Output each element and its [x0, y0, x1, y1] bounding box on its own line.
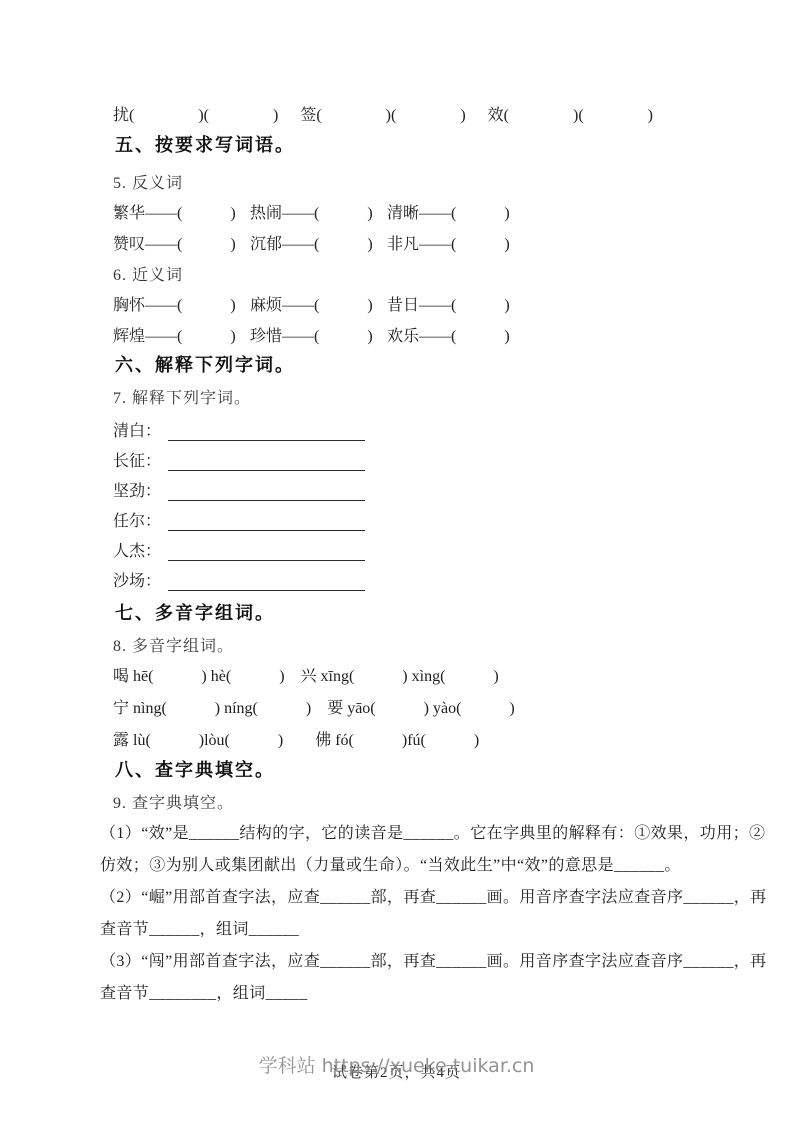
dictionary-q2-line1: （2）“崛”用部首查字法，应查______部，再查______画。用音序查字法应… — [100, 884, 767, 907]
char-fill-rao: 扰( )( ) — [113, 102, 278, 125]
define-term-row: 长征： — [113, 448, 365, 471]
antonym-cell: 热闹——( ) — [250, 200, 387, 223]
question-9-label: 9. 查字典填空。 — [113, 790, 234, 813]
synonym-cell: 欢乐——( ) — [387, 323, 510, 346]
synonym-cell: 胸怀——( ) — [113, 292, 250, 315]
answer-line — [168, 515, 365, 531]
char-fill-row: 扰( )( ) 签( )( ) 效( )( ) — [113, 102, 653, 125]
synonym-cell: 珍惜——( ) — [250, 323, 387, 346]
synonym-cell: 辉煌——( ) — [113, 323, 250, 346]
answer-line — [168, 545, 365, 561]
antonym-cell: 非凡——( ) — [387, 231, 510, 254]
question-7-label: 7. 解释下列字词。 — [113, 385, 251, 408]
dictionary-q1-line1: （1）“效”是______结构的字，它的读音是______。它在字典里的解释有：… — [100, 820, 765, 843]
answer-line — [168, 425, 365, 441]
synonym-cell: 麻烦——( ) — [250, 292, 387, 315]
antonym-cell: 繁华——( ) — [113, 200, 250, 223]
dictionary-q3-line2: 查音节________，组词_____ — [100, 980, 308, 1003]
antonym-row-2: 赞叹——( ) 沉郁——( ) 非凡——( ) — [113, 231, 510, 254]
synonym-cell: 昔日——( ) — [387, 292, 510, 315]
term-label: 沙场： — [113, 568, 161, 591]
define-term-row: 坚劲： — [113, 478, 365, 501]
define-term-row: 任尔： — [113, 508, 365, 531]
term-label: 任尔： — [113, 508, 161, 531]
synonym-row-2: 辉煌——( ) 珍惜——( ) 欢乐——( ) — [113, 323, 510, 346]
dictionary-q1-line2: 仿效；③为别人或集团献出（力量或生命）。“当效此生”中“效”的意思是______… — [100, 852, 681, 875]
section-title-8: 八、查字典填空。 — [115, 756, 275, 782]
dictionary-q2-line2: 查音节______，组词______ — [100, 916, 299, 939]
answer-line — [168, 485, 365, 501]
antonym-cell: 赞叹——( ) — [113, 231, 250, 254]
answer-line — [168, 455, 365, 471]
exam-page: 扰( )( ) 签( )( ) 效( )( ) 五、按要求写词语。 5. 反义词… — [0, 0, 793, 1122]
synonym-row-1: 胸怀——( ) 麻烦——( ) 昔日——( ) — [113, 292, 510, 315]
term-label: 人杰： — [113, 538, 161, 561]
term-label: 清白： — [113, 418, 161, 441]
define-term-row: 清白： — [113, 418, 365, 441]
question-6-label: 6. 近义词 — [113, 262, 183, 285]
char-fill-qian: 签( )( ) — [300, 102, 465, 125]
question-5-label: 5. 反义词 — [113, 170, 183, 193]
section-title-5: 五、按要求写词语。 — [115, 131, 295, 157]
antonym-cell: 清晰——( ) — [387, 200, 510, 223]
antonym-cell: 沉郁——( ) — [250, 231, 387, 254]
antonym-row-1: 繁华——( ) 热闹——( ) 清晰——( ) — [113, 200, 510, 223]
site-watermark: 学科站 https://xueke.tuikar.cn — [0, 1051, 793, 1078]
polyphone-row-2: 宁 nìng( ) níng( ) 要 yāo( ) yào( ) — [113, 695, 515, 718]
term-label: 长征： — [113, 448, 161, 471]
question-8-label: 8. 多音字组词。 — [113, 633, 234, 656]
polyphone-row-3: 露 lù( )lòu( ) 佛 fó( )fú( ) — [113, 727, 479, 750]
define-term-row: 沙场： — [113, 568, 365, 591]
polyphone-row-1: 喝 hē( ) hè( ) 兴 xīng( ) xìng( ) — [113, 663, 499, 686]
answer-line — [168, 575, 365, 591]
section-title-7: 七、多音字组词。 — [115, 599, 275, 625]
define-term-row: 人杰： — [113, 538, 365, 561]
term-label: 坚劲： — [113, 478, 161, 501]
dictionary-q3-line1: （3）“闯”用部首查字法，应查______部，再查______画。用音序查字法应… — [100, 948, 767, 971]
char-fill-xiao: 效( )( ) — [488, 102, 653, 125]
section-title-6: 六、解释下列字词。 — [115, 351, 295, 377]
